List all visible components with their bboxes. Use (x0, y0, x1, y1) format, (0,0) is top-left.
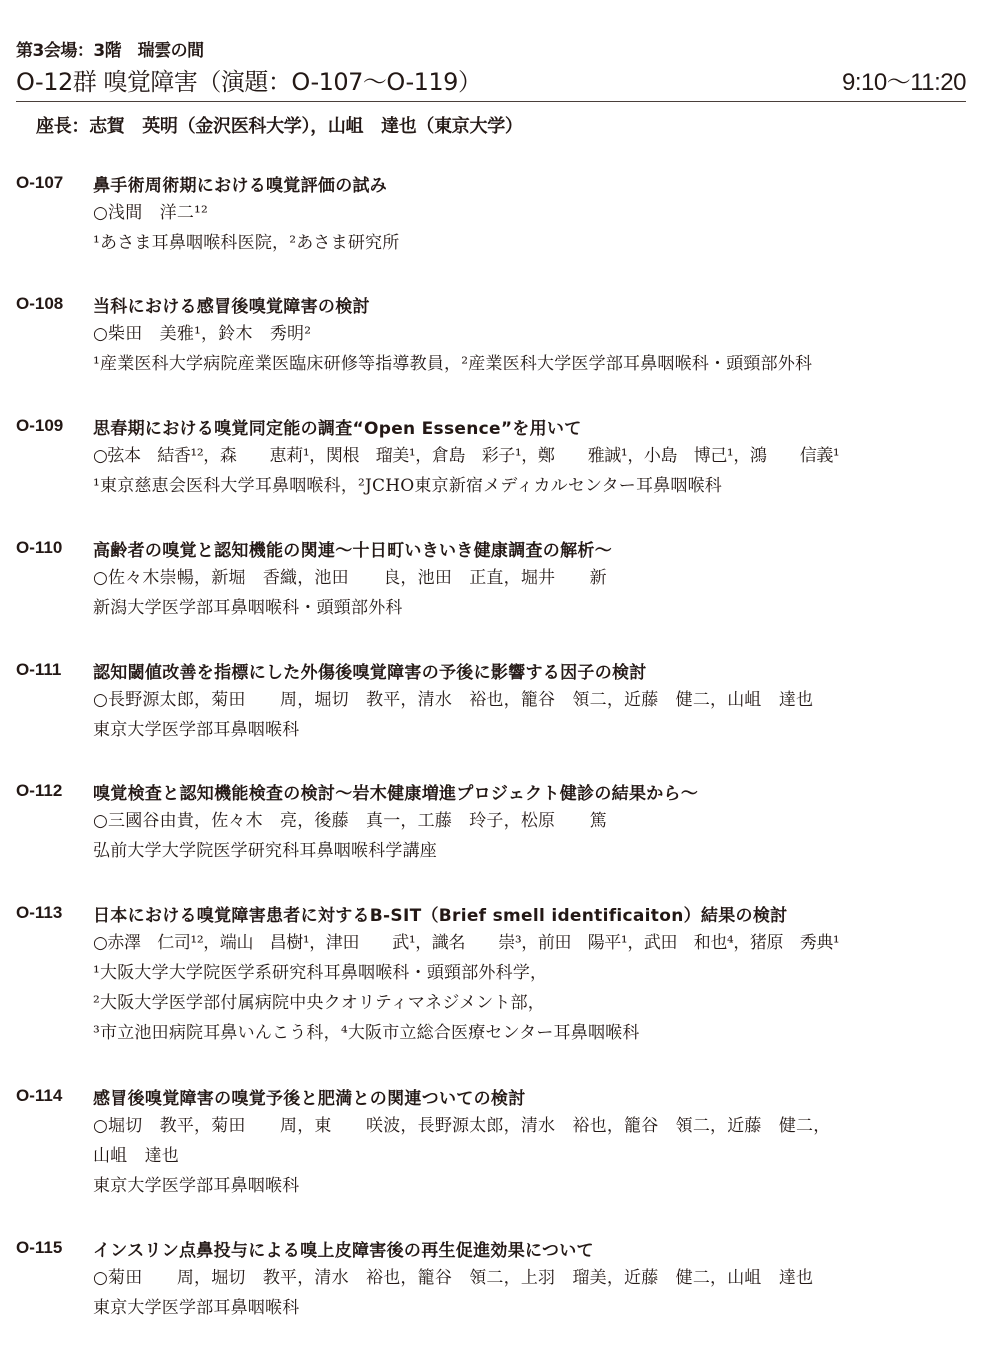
presentation-entry: O-107 鼻手術周術期における嗅覚評価の試み ○浅間 洋二¹² ¹あさま耳鼻咽… (16, 168, 976, 258)
authors: ○佐々木崇暢，新堀 香織，池田 良，池田 正直，堀井 新 (93, 563, 976, 593)
presentation-entry: O-111 認知閾値改善を指標にした外傷後嗅覚障害の予後に影響する因子の検討 ○… (16, 655, 976, 745)
presentation-title: 鼻手術周術期における嗅覚評価の試み (93, 171, 387, 196)
presentation-id: O-108 (16, 294, 93, 314)
session-time: 9:10〜11:20 (842, 62, 966, 97)
presentation-title: インスリン点鼻投与による嗅上皮障害後の再生促進効果について (93, 1236, 594, 1261)
session-header: O-12群 嗅覚障害（演題：O-107〜O-119） 9:10〜11:20 (16, 62, 966, 96)
affiliations: ²大阪大学医学部付属病院中央クオリティマネジメント部， (93, 988, 976, 1018)
presentation-entry: O-110 高齢者の嗅覚と認知機能の関連〜十日町いきいき健康調査の解析〜 ○佐々… (16, 533, 976, 623)
affiliations: ³市立池田病院耳鼻いんこう科，⁴大阪市立総合医療センター耳鼻咽喉科 (93, 1018, 976, 1048)
affiliations: ¹あさま耳鼻咽喉科医院，²あさま研究所 (93, 228, 976, 258)
affiliations: ¹東京慈恵会医科大学耳鼻咽喉科，²JCHO東京新宿メディカルセンター耳鼻咽喉科 (93, 471, 976, 501)
venue-label: 第3会場：3階 瑞雲の間 (16, 36, 204, 61)
header-divider (16, 101, 966, 102)
authors: ○柴田 美雅¹，鈴木 秀明² (93, 319, 976, 349)
presentation-entry: O-109 思春期における嗅覚同定能の調査“Open Essence”を用いて … (16, 411, 976, 501)
presentation-title: 思春期における嗅覚同定能の調査“Open Essence”を用いて (93, 414, 582, 439)
presentation-id: O-112 (16, 781, 93, 801)
presentation-id: O-107 (16, 173, 93, 193)
authors: ○長野源太郎，菊田 周，堀切 教平，清水 裕也，籠谷 領二，近藤 健二，山岨 達… (93, 685, 976, 715)
affiliations: 弘前大学大学院医学研究科耳鼻咽喉科学講座 (93, 836, 976, 866)
presentation-entry: O-115 インスリン点鼻投与による嗅上皮障害後の再生促進効果について ○菊田 … (16, 1233, 976, 1323)
presentation-entry: O-114 感冒後嗅覚障害の嗅覚予後と肥満との関連ついての検討 ○堀切 教平，菊… (16, 1081, 976, 1201)
affiliations: 東京大学医学部耳鼻咽喉科 (93, 715, 976, 745)
presentation-id: O-115 (16, 1238, 93, 1258)
affiliations: 東京大学医学部耳鼻咽喉科 (93, 1171, 976, 1201)
presentation-title: 感冒後嗅覚障害の嗅覚予後と肥満との関連ついての検討 (93, 1084, 526, 1109)
presentation-id: O-114 (16, 1086, 93, 1106)
authors: ○赤澤 仁司¹²，端山 昌樹¹，津田 武¹，識名 崇³，前田 陽平¹，武田 和也… (93, 928, 976, 958)
presentation-entry: O-108 当科における感冒後嗅覚障害の検討 ○柴田 美雅¹，鈴木 秀明² ¹産… (16, 289, 976, 379)
authors: ○浅間 洋二¹² (93, 198, 976, 228)
presentation-title: 嗅覚検査と認知機能検査の検討〜岩木健康増進プロジェクト健診の結果から〜 (93, 779, 698, 804)
authors: ○菊田 周，堀切 教平，清水 裕也，籠谷 領二，上羽 瑠美，近藤 健二，山岨 達… (93, 1263, 976, 1293)
presentation-title: 当科における感冒後嗅覚障害の検討 (93, 292, 370, 317)
affiliations: 東京大学医学部耳鼻咽喉科 (93, 1293, 976, 1323)
authors-continued: 山岨 達也 (93, 1141, 976, 1171)
session-chairs: 座長：志賀 英明（金沢医科大学），山岨 達也（東京大学） (36, 112, 523, 138)
presentation-id: O-110 (16, 538, 93, 558)
authors: ○三國谷由貴，佐々木 亮，後藤 真一，工藤 玲子，松原 篤 (93, 806, 976, 836)
presentation-id: O-109 (16, 416, 93, 436)
affiliations: ¹産業医科大学病院産業医臨床研修等指導教員，²産業医科大学医学部耳鼻咽喉科・頭頸… (93, 349, 976, 379)
affiliations: 新潟大学医学部耳鼻咽喉科・頭頸部外科 (93, 593, 976, 623)
presentation-entry: O-113 日本における嗅覚障害患者に対するB-SIT（Brief smell … (16, 898, 976, 1048)
presentation-title: 認知閾値改善を指標にした外傷後嗅覚障害の予後に影響する因子の検討 (93, 658, 647, 683)
presentation-id: O-111 (16, 660, 93, 680)
presentation-title: 高齢者の嗅覚と認知機能の関連〜十日町いきいき健康調査の解析〜 (93, 536, 612, 561)
presentation-id: O-113 (16, 903, 93, 923)
presentation-title: 日本における嗅覚障害患者に対するB-SIT（Brief smell identi… (93, 901, 787, 926)
authors: ○弦本 結香¹²，森 恵莉¹，関根 瑠美¹，倉島 彩子¹，鄭 雅誠¹，小島 博己… (93, 441, 976, 471)
session-title: O-12群 嗅覚障害（演題：O-107〜O-119） (16, 62, 481, 97)
authors: ○堀切 教平，菊田 周，東 咲波，長野源太郎，清水 裕也，籠谷 領二，近藤 健二… (93, 1111, 976, 1141)
presentation-entry: O-112 嗅覚検査と認知機能検査の検討〜岩木健康増進プロジェクト健診の結果から… (16, 776, 976, 866)
affiliations: ¹大阪大学大学院医学系研究科耳鼻咽喉科・頭頸部外科学， (93, 958, 976, 988)
